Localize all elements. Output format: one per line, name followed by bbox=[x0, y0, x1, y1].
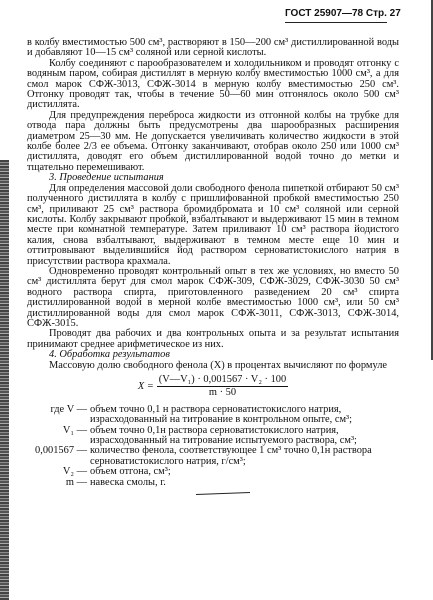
scan-edge-left bbox=[0, 160, 9, 600]
formula-denominator: m · 50 bbox=[209, 387, 236, 398]
legend-row: где V — объем точно 0,1 н раствора серно… bbox=[27, 405, 399, 426]
document-body: в колбу вместимостью 500 см³, растворяют… bbox=[27, 38, 399, 488]
legend-description: количество фенола, соответствующее 1 см³… bbox=[90, 446, 399, 467]
legend-description: объем точно 0,1н раствора серноватистоки… bbox=[90, 426, 399, 447]
formula-lhs: X = bbox=[138, 382, 154, 392]
paragraph-3: Для предупреждения переброса жидкости из… bbox=[27, 111, 399, 173]
formula-numerator: (V—V₁) · 0,001567 · V₂ · 100 bbox=[157, 375, 288, 387]
legend-symbol: m — bbox=[27, 478, 90, 488]
legend-row: V₁ — объем точно 0,1н раствора серновати… bbox=[27, 426, 399, 447]
paragraph-2: Колбу соединяют с парообразователем и хо… bbox=[27, 59, 399, 111]
paragraph-6: Проводят два рабочих и два контрольных о… bbox=[27, 329, 399, 350]
end-of-text-rule bbox=[196, 492, 250, 495]
legend-description: навеска смолы, г. bbox=[90, 478, 399, 488]
legend-row: m — навеска смолы, г. bbox=[27, 478, 399, 488]
legend-row: 0,001567 — количество фенола, соответств… bbox=[27, 446, 399, 467]
legend-symbol: 0,001567 — bbox=[27, 446, 90, 467]
paragraph-5: Одновременно проводят контрольный опыт в… bbox=[27, 267, 399, 329]
paragraph-1: в колбу вместимостью 500 см³, растворяют… bbox=[27, 38, 399, 59]
legend-symbol: V₁ — bbox=[27, 426, 90, 447]
legend-symbol: где V — bbox=[27, 405, 90, 426]
header-rule bbox=[285, 22, 387, 23]
formula: X = (V—V₁) · 0,001567 · V₂ · 100 m · 50 bbox=[27, 375, 399, 399]
legend-description: объем точно 0,1 н раствора серноватисток… bbox=[90, 405, 399, 426]
formula-fraction: (V—V₁) · 0,001567 · V₂ · 100 m · 50 bbox=[157, 375, 288, 399]
formula-legend: где V — объем точно 0,1 н раствора серно… bbox=[27, 405, 399, 488]
paragraph-4: Для определения массовой доли свободного… bbox=[27, 184, 399, 267]
paragraph-7: Массовую долю свободного фенола (X) в пр… bbox=[27, 361, 399, 371]
